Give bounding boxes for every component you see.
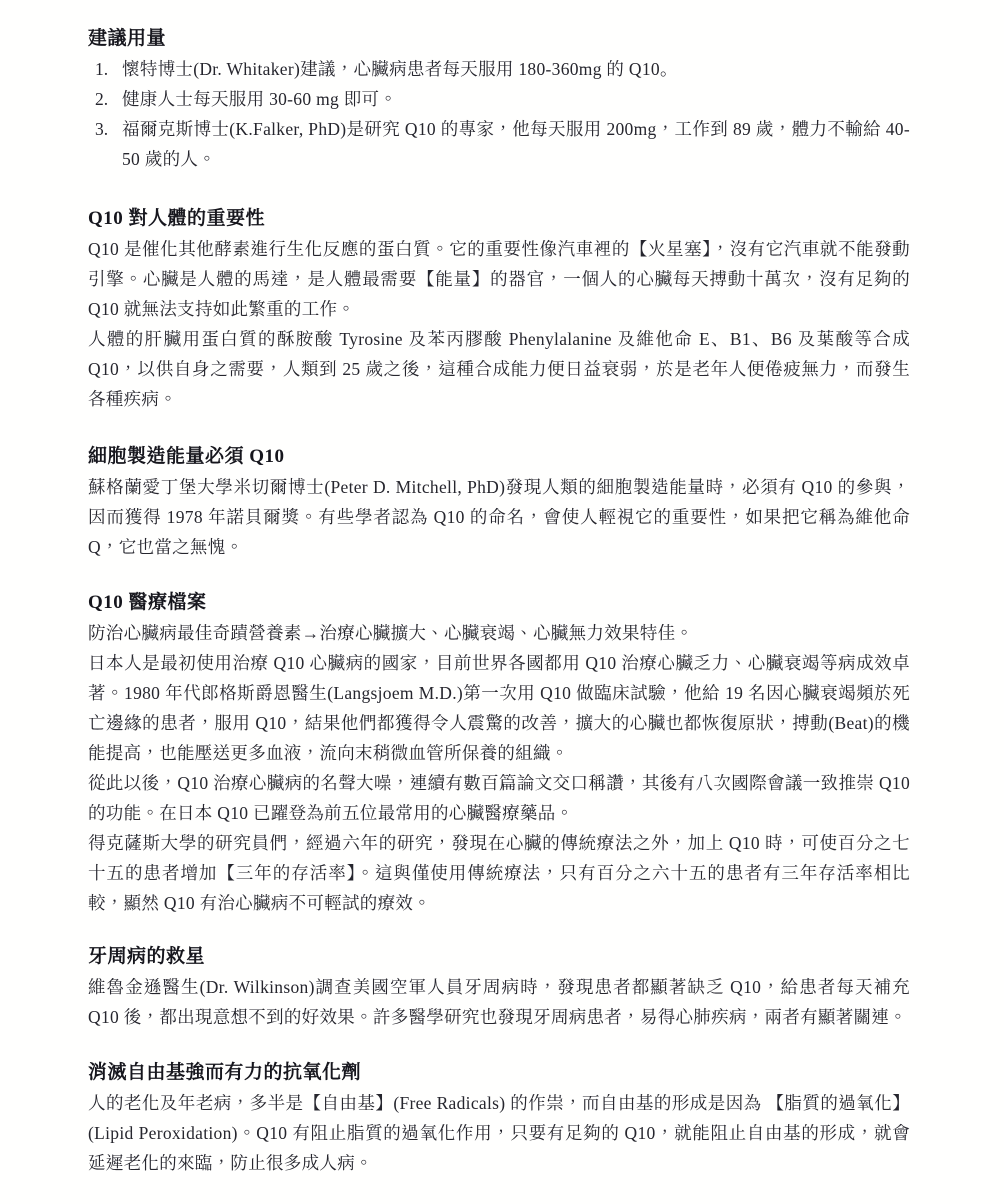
section-periodontal: 牙周病的救星 維魯金遜醫生(Dr. Wilkinson)調查美國空軍人員牙周病時… (88, 942, 910, 1032)
section-heading: Q10 醫療檔案 (88, 588, 910, 618)
section-heading: 消滅自由基強而有力的抗氧化劑 (88, 1058, 910, 1088)
paragraph: 日本人是最初使用治療 Q10 心臟病的國家，目前世界各國都用 Q10 治療心臟乏… (88, 648, 910, 768)
section-heading: 建議用量 (88, 24, 910, 54)
section-importance: Q10 對人體的重要性 Q10 是催化其他酵素進行生化反應的蛋白質。它的重要性像… (88, 204, 910, 414)
list-item-marker: 1. (95, 54, 122, 84)
document-page: 建議用量 1.懷特博士(Dr. Whitaker)建議，心臟病患者每天服用 18… (0, 0, 1004, 1204)
paragraph: 蘇格蘭愛丁堡大學米切爾博士(Peter D. Mitchell, PhD)發現人… (88, 472, 910, 562)
list-item-text: 福爾克斯博士(K.Falker, PhD)是研究 Q10 的專家，他每天服用 2… (122, 119, 910, 169)
dosage-list: 1.懷特博士(Dr. Whitaker)建議，心臟病患者每天服用 180-360… (88, 54, 910, 174)
paragraph: 防治心臟病最佳奇蹟營養素→治療心臟擴大、心臟衰竭、心臟無力效果特佳。 (88, 618, 910, 648)
section-dosage: 建議用量 1.懷特博士(Dr. Whitaker)建議，心臟病患者每天服用 18… (88, 24, 910, 174)
list-item-marker: 2. (95, 84, 122, 114)
paragraph: 得克薩斯大學的研究員們，經過六年的研究，發現在心臟的傳統療法之外，加上 Q10 … (88, 828, 910, 918)
list-item: 2.健康人士每天服用 30-60 mg 即可。 (88, 84, 910, 114)
list-item-text: 懷特博士(Dr. Whitaker)建議，心臟病患者每天服用 180-360mg… (122, 59, 678, 79)
section-heading: Q10 對人體的重要性 (88, 204, 910, 234)
section-antioxidant: 消滅自由基強而有力的抗氧化劑 人的老化及年老病，多半是【自由基】(Free Ra… (88, 1058, 910, 1178)
paragraph: Q10 是催化其他酵素進行生化反應的蛋白質。它的重要性像汽車裡的【火星塞】，沒有… (88, 234, 910, 324)
section-cell-energy: 細胞製造能量必須 Q10 蘇格蘭愛丁堡大學米切爾博士(Peter D. Mitc… (88, 442, 910, 562)
list-item-text: 健康人士每天服用 30-60 mg 即可。 (122, 89, 397, 109)
section-heading: 牙周病的救星 (88, 942, 910, 972)
section-heading: 細胞製造能量必須 Q10 (88, 442, 910, 472)
paragraph: 從此以後，Q10 治療心臟病的名聲大噪，連續有數百篇論文交口稱讚，其後有八次國際… (88, 768, 910, 828)
paragraph: 人的老化及年老病，多半是【自由基】(Free Radicals) 的作祟，而自由… (88, 1088, 910, 1178)
paragraph: 維魯金遜醫生(Dr. Wilkinson)調查美國空軍人員牙周病時，發現患者都顯… (88, 972, 910, 1032)
list-item: 3.福爾克斯博士(K.Falker, PhD)是研究 Q10 的專家，他每天服用… (88, 114, 910, 174)
list-item: 1.懷特博士(Dr. Whitaker)建議，心臟病患者每天服用 180-360… (88, 54, 910, 84)
paragraph: 人體的肝臟用蛋白質的酥胺酸 Tyrosine 及苯丙膠酸 Phenylalani… (88, 324, 910, 414)
list-item-marker: 3. (95, 114, 122, 144)
section-medical-file: Q10 醫療檔案 防治心臟病最佳奇蹟營養素→治療心臟擴大、心臟衰竭、心臟無力效果… (88, 588, 910, 918)
